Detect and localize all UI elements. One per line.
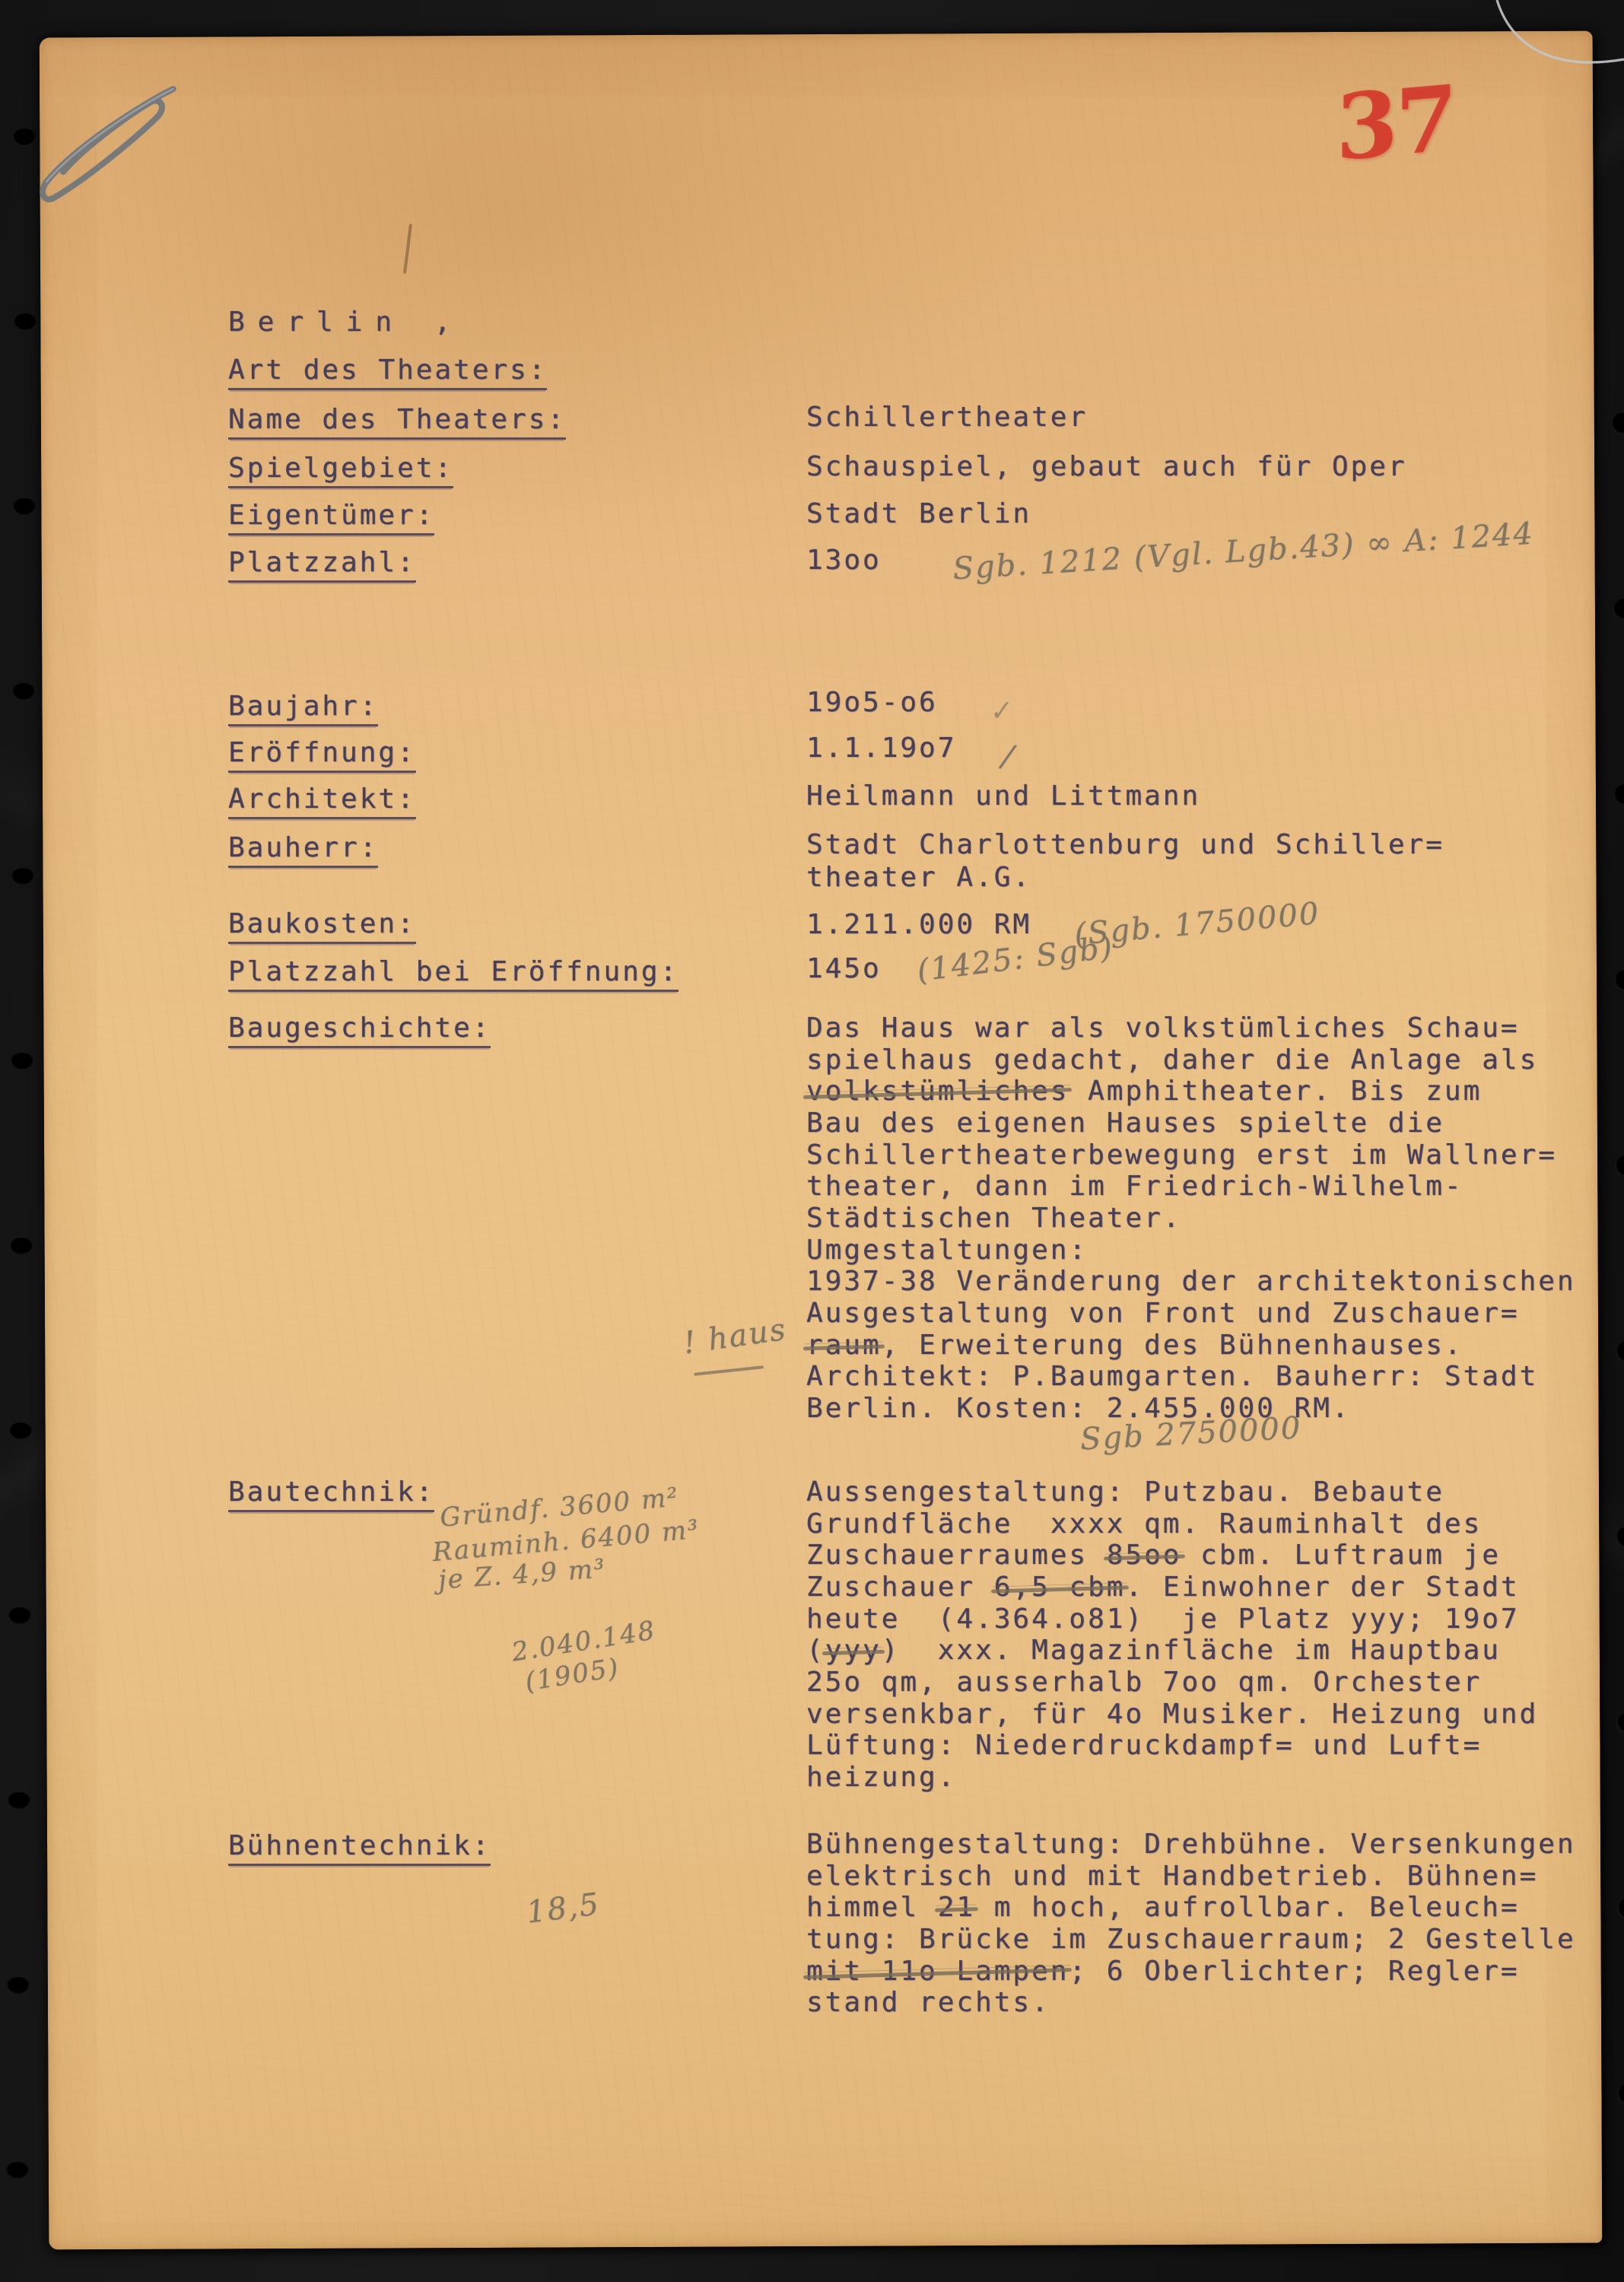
paragraph-line: Das Haus war als volkstümliches Schau= <box>806 1012 1520 1044</box>
field-value-spielgebiet: Schauspiel, gebaut auch für Oper <box>806 451 1407 483</box>
paragraph-line: (yyy) xxx. Magazinfläche im Hauptbau <box>806 1635 1501 1667</box>
punch-hole <box>1616 1712 1624 1734</box>
punch-hole <box>11 683 36 701</box>
paragraph-line: elektrisch und mit Handbetrieb. Bühnen= <box>806 1861 1538 1893</box>
page-number-annotation: 37 <box>1336 65 1454 181</box>
struck-text: 85oo <box>1107 1540 1182 1571</box>
struck-text: 21 <box>938 1892 975 1923</box>
city-heading: Berlin , <box>228 307 463 338</box>
paragraph-line: Städtischen Theater. <box>806 1203 1181 1235</box>
field-value-bauherr: Stadt Charlottenburg und Schiller= <box>806 829 1444 861</box>
punch-hole <box>1616 1527 1624 1548</box>
field-label-baukosten: Baukosten: <box>228 908 416 944</box>
field-value-platzzahl: 13oo <box>806 545 882 577</box>
scanned-document-page: 37 Berlin , Art des Theaters: Name des T… <box>0 0 1624 2282</box>
punch-hole <box>1614 970 1624 991</box>
paragraph-line: Lüftung: Niederdruckdampf= und Luft= <box>806 1730 1482 1762</box>
pencil-check-baujahr: ✓ <box>987 694 1015 729</box>
punch-hole <box>12 498 37 516</box>
punch-hole <box>6 1977 30 1994</box>
field-value-eroeffnung: 1.1.19o7 <box>806 733 956 764</box>
paragraph-line: theater, dann im Friedrich-Wilhelm- <box>806 1171 1464 1203</box>
punch-hole <box>1617 1898 1624 1919</box>
paragraph-line: versenkbar, für 4o Musiker. Heizung und <box>806 1699 1538 1731</box>
paragraph-line: Bau des eigenen Hauses spielte die <box>806 1108 1444 1139</box>
field-value-platzzahl-eroeffnung: 145o <box>806 953 882 985</box>
paragraph-line: 25o qm, ausserhalb 7oo qm. Orchester <box>806 1667 1482 1699</box>
field-value-architekt: Heilmann und Littmann <box>806 780 1200 812</box>
punch-hole <box>10 1053 34 1070</box>
paragraph-line: Ausgestaltung von Front und Zuschauer= <box>806 1298 1520 1330</box>
punch-hole <box>8 1422 33 1440</box>
paragraph-line: raum, Erweiterung des Bühnenhauses. <box>806 1330 1464 1362</box>
struck-text: 6,5 cbm <box>994 1572 1126 1603</box>
paragraph-line: tung: Brücke im Zuschauerraum; 2 Gestell… <box>806 1924 1576 1956</box>
field-value-baukosten: 1.211.000 RM <box>806 909 1031 941</box>
punch-hole <box>1613 784 1624 806</box>
punch-hole <box>1611 413 1624 434</box>
punch-hole <box>9 1238 33 1255</box>
field-value-name: Schillertheater <box>806 402 1088 434</box>
field-label-platzzahl-eroeffnung: Platzzahl bei Eröffnung: <box>228 956 679 992</box>
punch-hole <box>7 1792 31 1810</box>
punch-hole <box>8 1607 32 1625</box>
paragraph-line: volkstümliches Amphitheater. Bis zum <box>806 1076 1482 1108</box>
field-label-platzzahl: Platzzahl: <box>228 547 416 583</box>
paragraph-line: Bühnengestaltung: Drehbühne. Versenkunge… <box>806 1829 1576 1861</box>
struck-text: volkstümliches <box>806 1076 1069 1107</box>
punch-hole <box>1616 1341 1624 1362</box>
paragraph-line: himmel 21 m hoch, aufrollbar. Beleuch= <box>806 1892 1520 1924</box>
punch-hole <box>12 129 37 146</box>
punch-hole <box>1613 599 1624 620</box>
paragraph-line: spielhaus gedacht, daher die Anlage als <box>806 1044 1538 1076</box>
paragraph-line: heute (4.364.o81) je Platz yyy; 19o7 <box>806 1603 1520 1635</box>
paragraph-line: mit 11o Lampen; 6 Oberlichter; Regler= <box>806 1956 1520 1988</box>
field-value-eigentuemer: Stadt Berlin <box>806 498 1031 530</box>
punch-hole <box>11 868 35 885</box>
field-label-spielgebiet: Spielgebiet: <box>228 453 453 488</box>
field-label-art: Art des Theaters: <box>228 354 547 390</box>
field-label-eigentuemer: Eigentümer: <box>228 500 434 536</box>
paragraph-line: Aussengestaltung: Putzbau. Bebaute <box>806 1476 1444 1508</box>
field-label-bauherr: Bauherr: <box>228 832 378 868</box>
punch-hole <box>1615 1155 1624 1177</box>
field-label-name: Name des Theaters: <box>228 404 566 440</box>
paragraph-line: Zuschauerraumes 85oo cbm. Luftraum je <box>806 1540 1501 1572</box>
paragraph-line: Architekt: P.Baumgarten. Bauherr: Stadt <box>806 1361 1538 1393</box>
paragraph-line: heizung. <box>806 1762 956 1794</box>
paragraph-line: Schillertheaterbewegung erst im Wallner= <box>806 1139 1557 1171</box>
struck-text: mit 11o Lampen <box>806 1956 1069 1987</box>
paragraph-line: stand rechts. <box>806 1987 1050 2019</box>
paragraph-line: Grundfläche xxxx qm. Rauminhalt des <box>806 1508 1482 1540</box>
struck-text: raum <box>806 1330 882 1361</box>
paragraph-line: 1937-38 Veränderung der architektonische… <box>806 1266 1576 1298</box>
section-label-buehnentechnik: Bühnentechnik: <box>228 1830 491 1866</box>
paragraph-line: Umgestaltungen: <box>806 1235 1088 1267</box>
struck-text: yyy <box>825 1635 882 1666</box>
paragraph-line: Zuschauer 6,5 cbm. Einwohner der Stadt <box>806 1572 1520 1603</box>
field-label-eroeffnung: Eröffnung: <box>228 737 416 773</box>
field-label-architekt: Architekt: <box>228 783 416 819</box>
punch-hole <box>1617 2083 1624 2105</box>
field-value-bauherr-line2: theater A.G. <box>806 862 1031 894</box>
punch-hole <box>5 2162 30 2179</box>
section-label-baugeschichte: Baugeschichte: <box>228 1012 491 1048</box>
field-value-baujahr: 19o5-o6 <box>806 687 938 719</box>
punch-hole <box>13 313 37 331</box>
section-label-bautechnik: Bautechnik: <box>228 1476 434 1512</box>
field-label-baujahr: Baujahr: <box>228 691 378 726</box>
